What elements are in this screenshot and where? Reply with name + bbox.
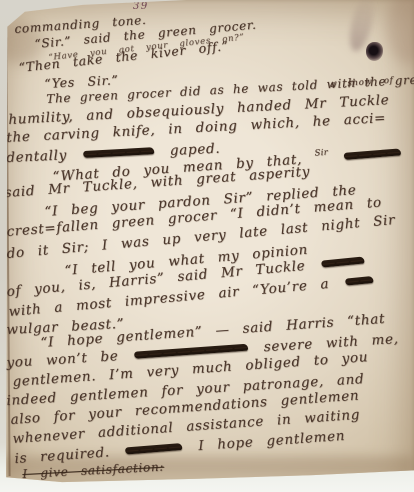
ink-deletion-scribble: ————	[344, 148, 401, 160]
manuscript-photo: 39 commanding tone.“Sir.” said the green…	[0, 0, 414, 492]
ink-deletion-scribble: ————————	[134, 344, 248, 359]
handwritten-text: dentally	[6, 147, 67, 166]
manuscript-paper: 39 commanding tone.“Sir.” said the green…	[0, 0, 414, 492]
ink-deletion-scribble: ————	[125, 443, 182, 455]
manuscript-lines: commanding tone.“Sir.” said the green gr…	[0, 0, 414, 492]
interlinear-insertion: Sir	[314, 148, 328, 159]
ink-deletion-scribble: —————	[83, 147, 154, 158]
ink-deletion-scribble: ———	[321, 257, 364, 268]
ink-deletion-scribble: ——	[345, 276, 374, 286]
